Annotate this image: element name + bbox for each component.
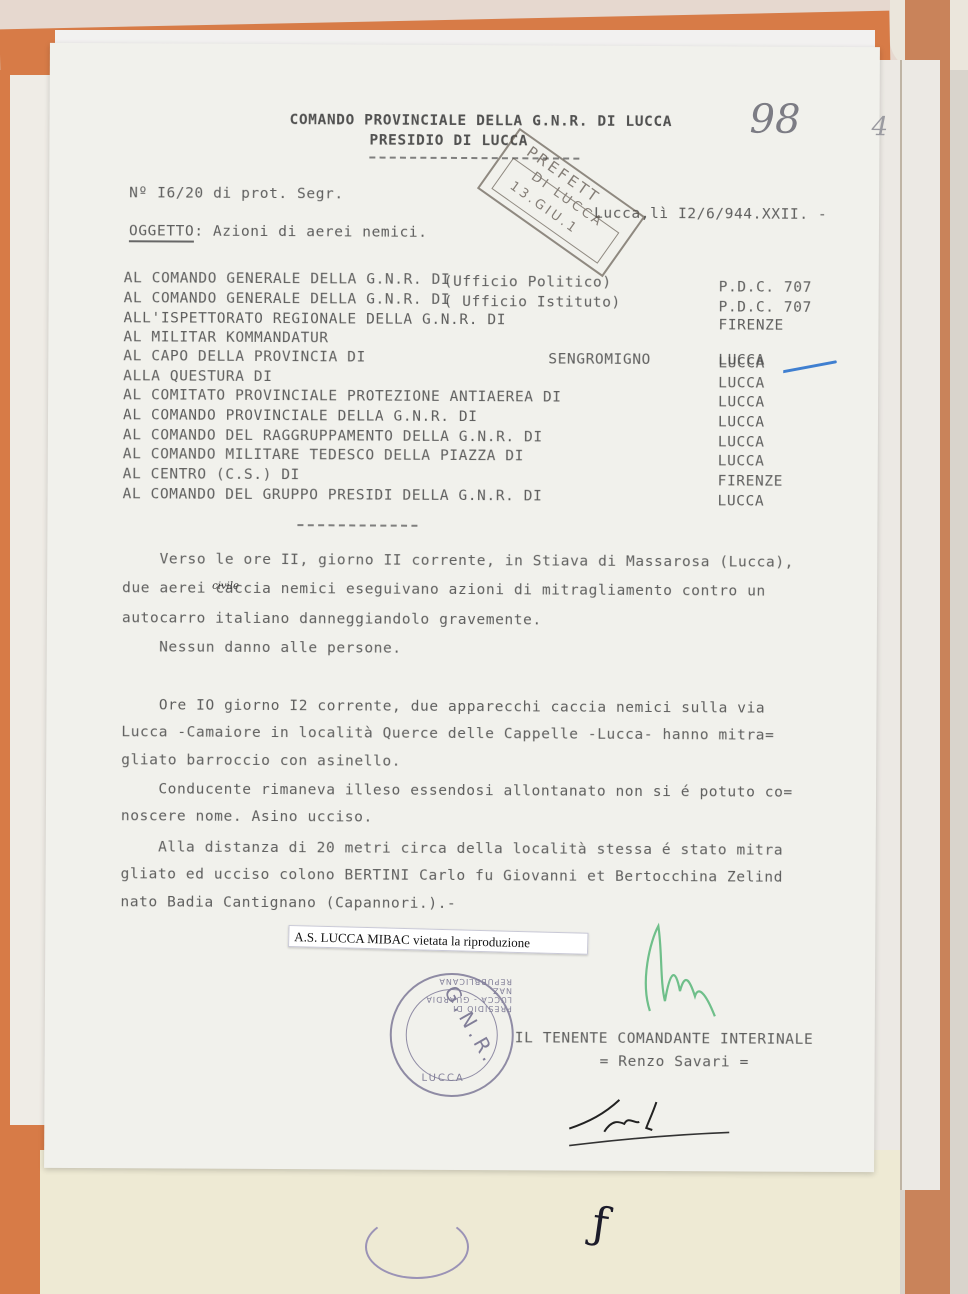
recipient-note: SENGROMIGNO [548, 351, 651, 368]
body-line: Ore IO giorno I2 corrente, due apparecch… [121, 697, 765, 716]
body-line: nato Badia Cantignano (Capannori.).- [120, 894, 456, 912]
recipient-name: AL COMITATO PROVINCIALE PROTEZIONE ANTIA… [123, 387, 562, 405]
recipient-destination: P.D.C. 707 [719, 299, 812, 315]
body-line: autocarro italiano danneggiandolo gravem… [122, 610, 542, 628]
subject-label: OGGETTO [129, 223, 194, 242]
recipient-destination: LUCCA [718, 375, 765, 391]
handwritten-insert: civile [212, 581, 239, 592]
folio-number-secondary: 4 [871, 112, 888, 142]
recipient-name: AL CENTRO (C.S.) DI [123, 466, 300, 483]
recipient-name: ALL'ISPETTORATO REGIONALE DELLA G.N.R. D… [123, 310, 506, 328]
recipients-rule [297, 524, 417, 530]
signature-title: IL TENENTE COMANDANTE INTERINALE [515, 1030, 814, 1048]
underlying-stamp [365, 1215, 469, 1279]
recipient-destination: LUCCA [718, 434, 765, 450]
recipient-name: AL COMANDO DEL GRUPPO PRESIDI DELLA G.N.… [123, 486, 543, 504]
archive-label: A.S. LUCCA MIBAC vietata la riproduzione [288, 925, 588, 955]
recipient-name: AL MILITAR KOMMANDATUR [123, 329, 328, 346]
blue-pencil-mark [783, 360, 838, 374]
green-initials [640, 921, 721, 1021]
body-line: Verso le ore II, giorno II corrente, in … [122, 551, 794, 571]
recipient-name: AL COMANDO PROVINCIALE DELLA G.N.R. DI [123, 407, 478, 425]
recipient-destination: LUCCA [718, 453, 765, 469]
recipient-destination: FIRENZE [718, 473, 783, 489]
body-line: Nessun danno alle persone. [122, 639, 402, 656]
signature-name: = Renzo Savari = [600, 1054, 749, 1071]
recipient-name: AL CAPO DELLA PROVINCIA DI [123, 348, 366, 365]
body-line: Alla distanza di 20 metri circa della lo… [121, 839, 783, 858]
header-line-2: PRESIDIO DI LUCCA [369, 133, 528, 150]
recipient-name: AL COMANDO DEL RAGGRUPPAMENTO DELLA G.N.… [123, 427, 543, 445]
recipient-name: ALLA QUESTURA DI [123, 368, 272, 385]
body-line: gliato barroccio con asinello. [121, 752, 401, 769]
recipient-name: AL COMANDO GENERALE DELLA G.N.R. DI [124, 270, 451, 288]
subject-line: OGGETTO: Azioni di aerei nemici. [129, 223, 428, 241]
document-page: COMANDO PROVINCIALE DELLA G.N.R. DI LUCC… [44, 43, 880, 1172]
recipient-name: AL COMANDO MILITARE TEDESCO DELLA PIAZZA… [123, 446, 524, 464]
gnr-round-stamp: PRESIDIO DI LUCCA - GUARDIA NAZ. REPUBBL… [389, 973, 514, 1098]
body-line: Conducente rimaneva illeso essendosi all… [121, 781, 793, 801]
recipient-destination: LUCCA [718, 355, 765, 371]
subject-text: : Azioni di aerei nemici. [194, 224, 427, 241]
body-line: Lucca -Camaiore in località Querce delle… [121, 724, 774, 743]
recipient-note: (Ufficio Politico) [444, 274, 612, 291]
recipient-destination: P.D.C. 707 [719, 279, 812, 295]
recipient-destination: LUCCA [718, 493, 765, 509]
body-line: noscere nome. Asino ucciso. [121, 808, 373, 825]
folio-number: 98 [749, 96, 800, 142]
body-line: gliato ed ucciso colono BERTINI Carlo fu… [121, 866, 783, 885]
underlying-sheet-left [10, 75, 50, 1125]
received-stamp: PREFETT DI LUCCA 13.GIU.1 [477, 128, 645, 277]
recipient-note: ( Ufficio Istituto) [444, 294, 621, 311]
header-line-1: COMANDO PROVINCIALE DELLA G.N.R. DI LUCC… [290, 112, 673, 130]
recipient-destination: FIRENZE [718, 317, 783, 333]
protocol-number: Nº I6/20 di prot. Segr. [129, 185, 344, 202]
recipient-name: AL COMANDO GENERALE DELLA G.N.R. DI [124, 290, 451, 308]
handwritten-signature [564, 1094, 734, 1150]
recipient-destination: LUCCA [718, 394, 765, 410]
recipient-destination: LUCCA [718, 414, 765, 430]
